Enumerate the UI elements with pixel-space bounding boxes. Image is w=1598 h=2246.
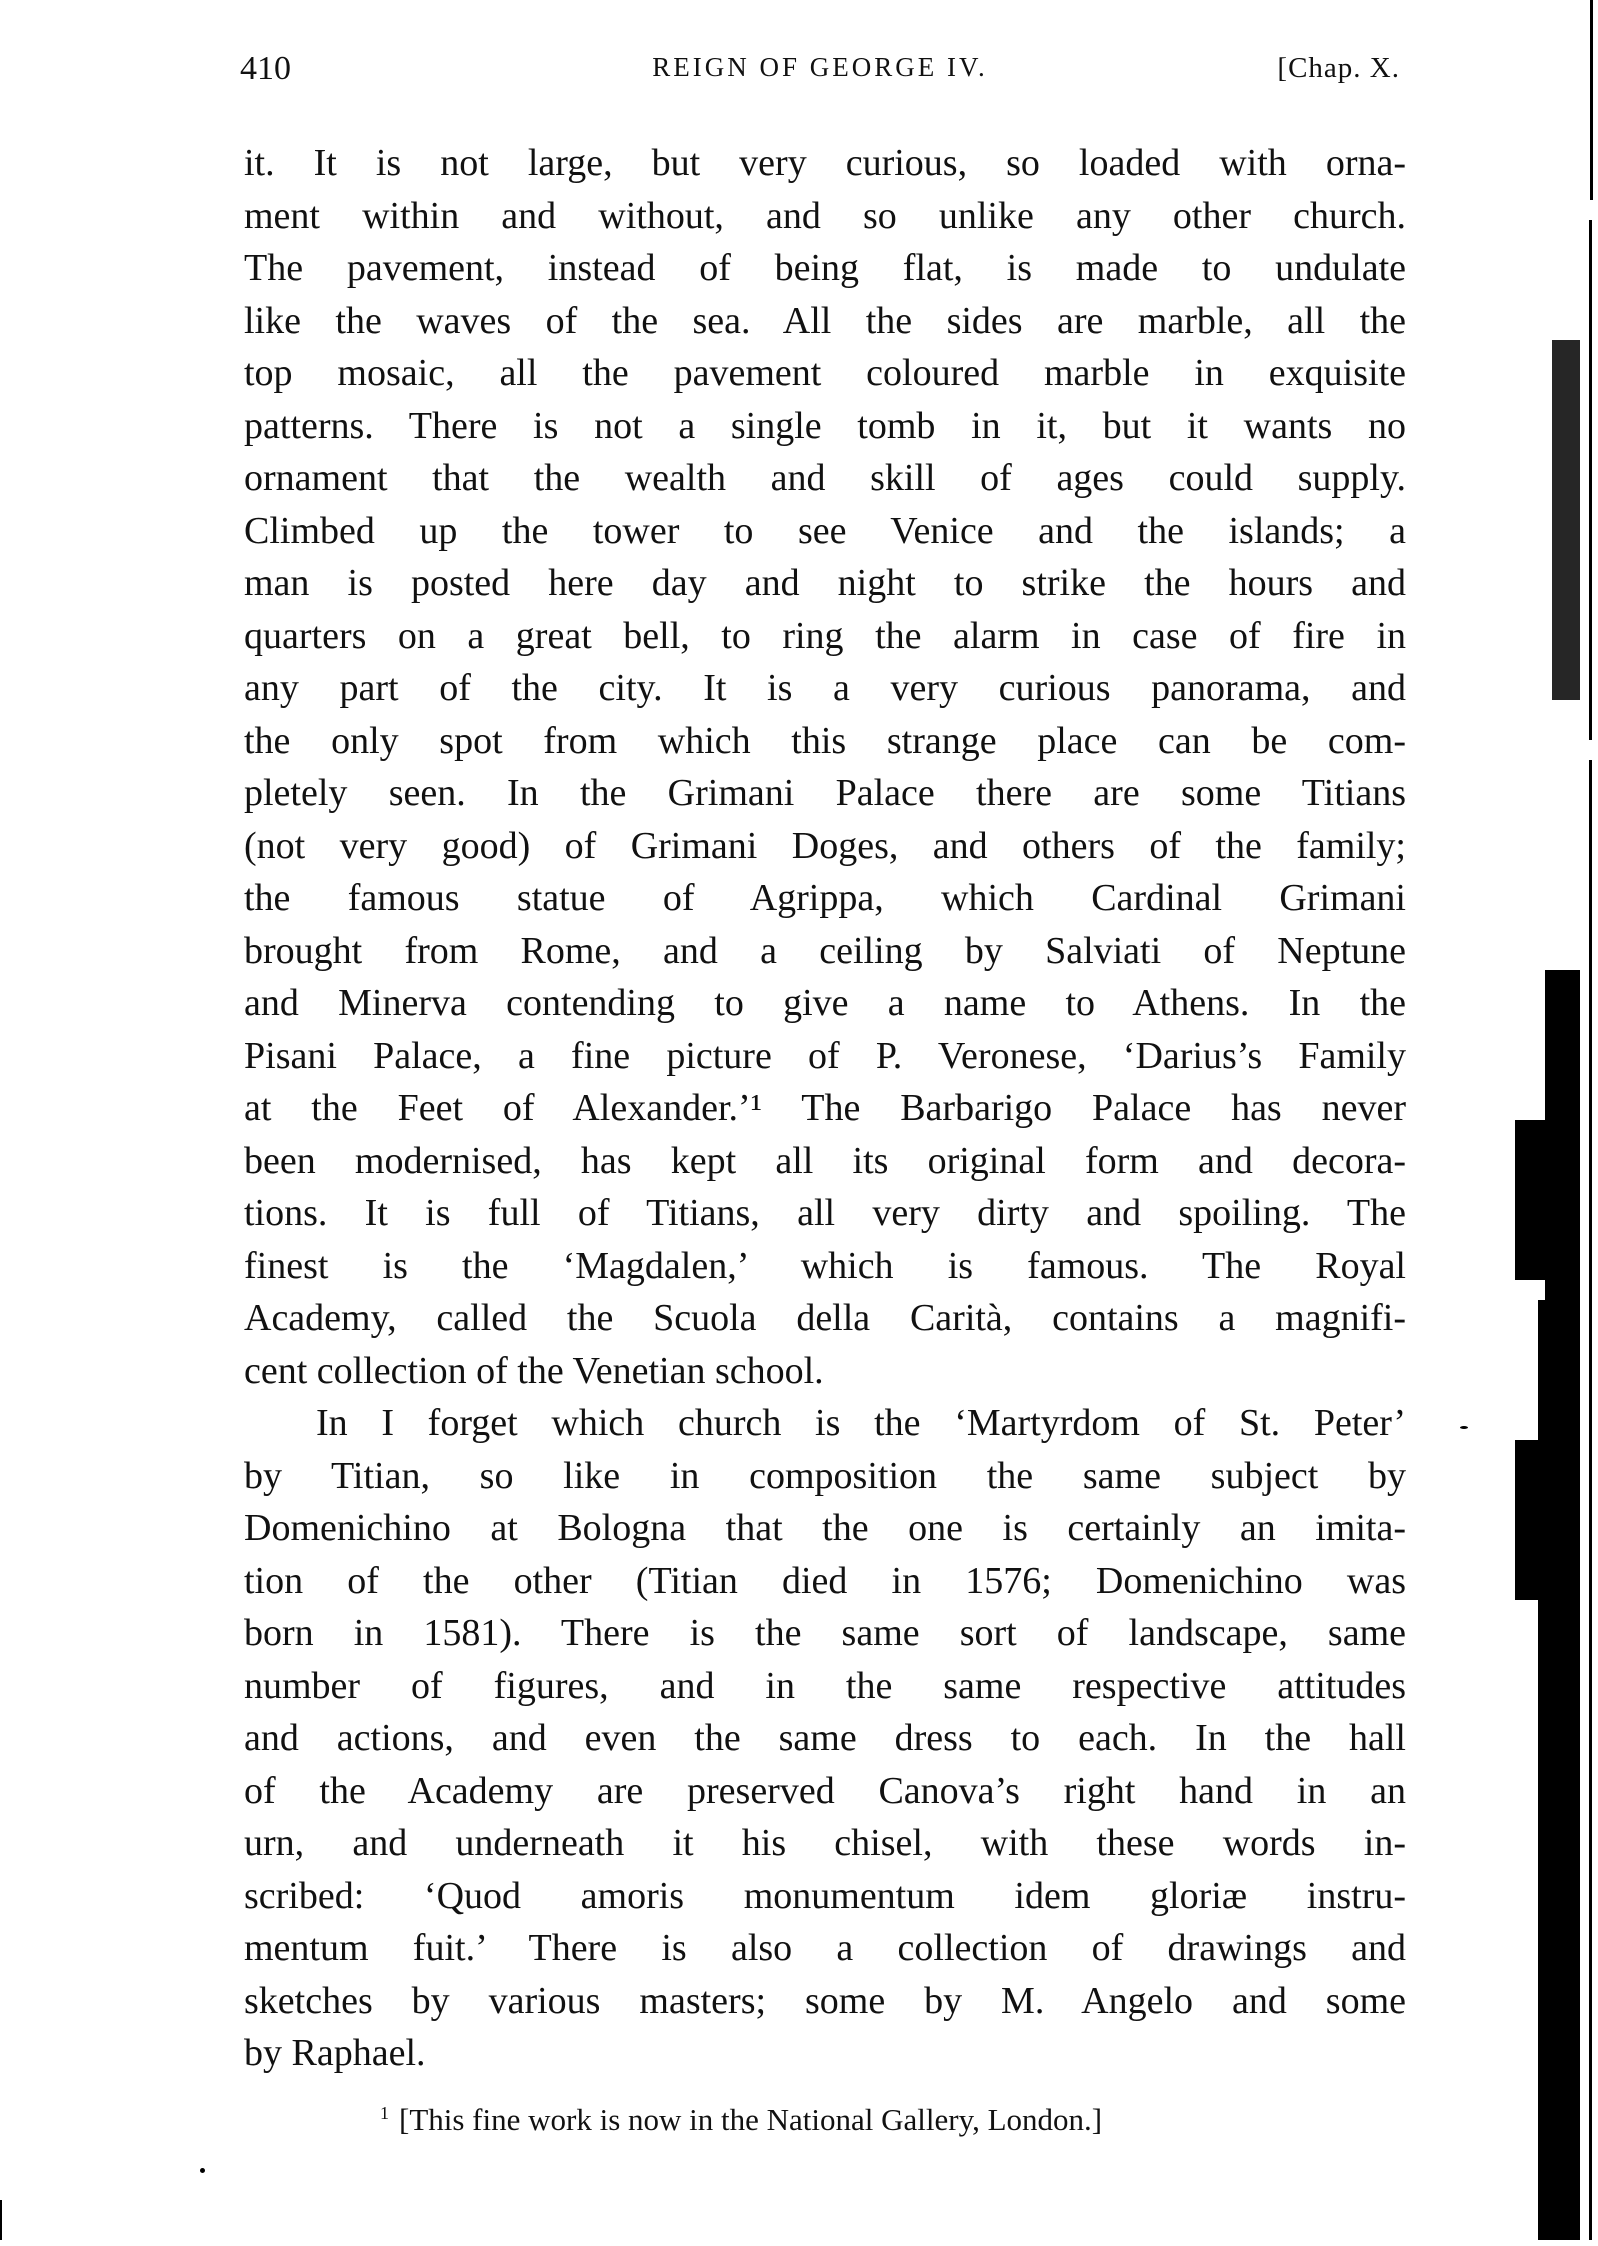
text-line: ornament that the wealth and skill of ag… <box>244 452 1406 505</box>
scan-shadow <box>1538 1300 1580 2240</box>
footnote-marker: 1 <box>380 2103 389 2123</box>
body-text: it. It is not large, but very curious, s… <box>244 137 1406 2080</box>
footnote-text: [This fine work is now in the National G… <box>399 2102 1102 2137</box>
scan-shadow <box>1552 340 1580 700</box>
text-line: like the waves of the sea. All the sides… <box>244 295 1406 348</box>
scan-speck <box>200 2168 205 2173</box>
book-page: 410 REIGN OF GEORGE IV. [Chap. X. it. It… <box>0 0 1598 2246</box>
text-line: mentum fuit.’ There is also a collection… <box>244 1922 1406 1975</box>
text-line: and Minerva contending to give a name to… <box>244 977 1406 1030</box>
text-line: been modernised, has kept all its origin… <box>244 1135 1406 1188</box>
text-line: Climbed up the tower to see Venice and t… <box>244 505 1406 558</box>
scan-shadow <box>1515 1120 1580 1280</box>
text-line: brought from Rome, and a ceiling by Salv… <box>244 925 1406 978</box>
text-line: by Raphael. <box>244 2027 1406 2080</box>
text-line: man is posted here day and night to stri… <box>244 557 1406 610</box>
text-line: born in 1581). There is the same sort of… <box>244 1607 1406 1660</box>
text-line: by Titian, so like in composition the sa… <box>244 1450 1406 1503</box>
text-line: patterns. There is not a single tomb in … <box>244 400 1406 453</box>
scan-speck <box>1460 1426 1468 1429</box>
text-line: Pisani Palace, a fine picture of P. Vero… <box>244 1030 1406 1083</box>
text-line: sketches by various masters; some by M. … <box>244 1975 1406 2028</box>
text-line: cent collection of the Venetian school. <box>244 1345 1406 1398</box>
running-title: REIGN OF GEORGE IV. <box>240 52 1400 83</box>
chapter-label: [Chap. X. <box>1277 52 1400 85</box>
text-line: The pavement, instead of being flat, is … <box>244 242 1406 295</box>
text-line: quarters on a great bell, to ring the al… <box>244 610 1406 663</box>
text-line: number of figures, and in the same respe… <box>244 1660 1406 1713</box>
page-edge-line <box>1589 220 1592 740</box>
footnote: 1[This fine work is now in the National … <box>380 2102 1102 2138</box>
page-edge-line <box>1589 760 1592 2240</box>
text-line: Domenichino at Bologna that the one is c… <box>244 1502 1406 1555</box>
text-line: (not very good) of Grimani Doges, and ot… <box>244 820 1406 873</box>
text-line: pletely seen. In the Grimani Palace ther… <box>244 767 1406 820</box>
text-line: ment within and without, and so unlike a… <box>244 190 1406 243</box>
page-edge-line <box>1590 0 1593 200</box>
text-line: and actions, and even the same dress to … <box>244 1712 1406 1765</box>
text-line: In I forget which church is the ‘Martyrd… <box>244 1397 1406 1450</box>
text-line: any part of the city. It is a very curio… <box>244 662 1406 715</box>
text-line: Academy, called the Scuola della Carità,… <box>244 1292 1406 1345</box>
text-line: tion of the other (Titian died in 1576; … <box>244 1555 1406 1608</box>
text-line: urn, and underneath it his chisel, with … <box>244 1817 1406 1870</box>
text-line: the only spot from which this strange pl… <box>244 715 1406 768</box>
scan-line <box>0 2200 2 2240</box>
text-line: of the Academy are preserved Canova’s ri… <box>244 1765 1406 1818</box>
text-line: at the Feet of Alexander.’¹ The Barbarig… <box>244 1082 1406 1135</box>
text-line: it. It is not large, but very curious, s… <box>244 137 1406 190</box>
running-header: 410 REIGN OF GEORGE IV. [Chap. X. <box>240 50 1400 100</box>
text-line: the famous statue of Agrippa, which Card… <box>244 872 1406 925</box>
text-line: scribed: ‘Quod amoris monumentum idem gl… <box>244 1870 1406 1923</box>
text-line: top mosaic, all the pavement coloured ma… <box>244 347 1406 400</box>
text-line: tions. It is full of Titians, all very d… <box>244 1187 1406 1240</box>
text-line: finest is the ‘Magdalen,’ which is famou… <box>244 1240 1406 1293</box>
